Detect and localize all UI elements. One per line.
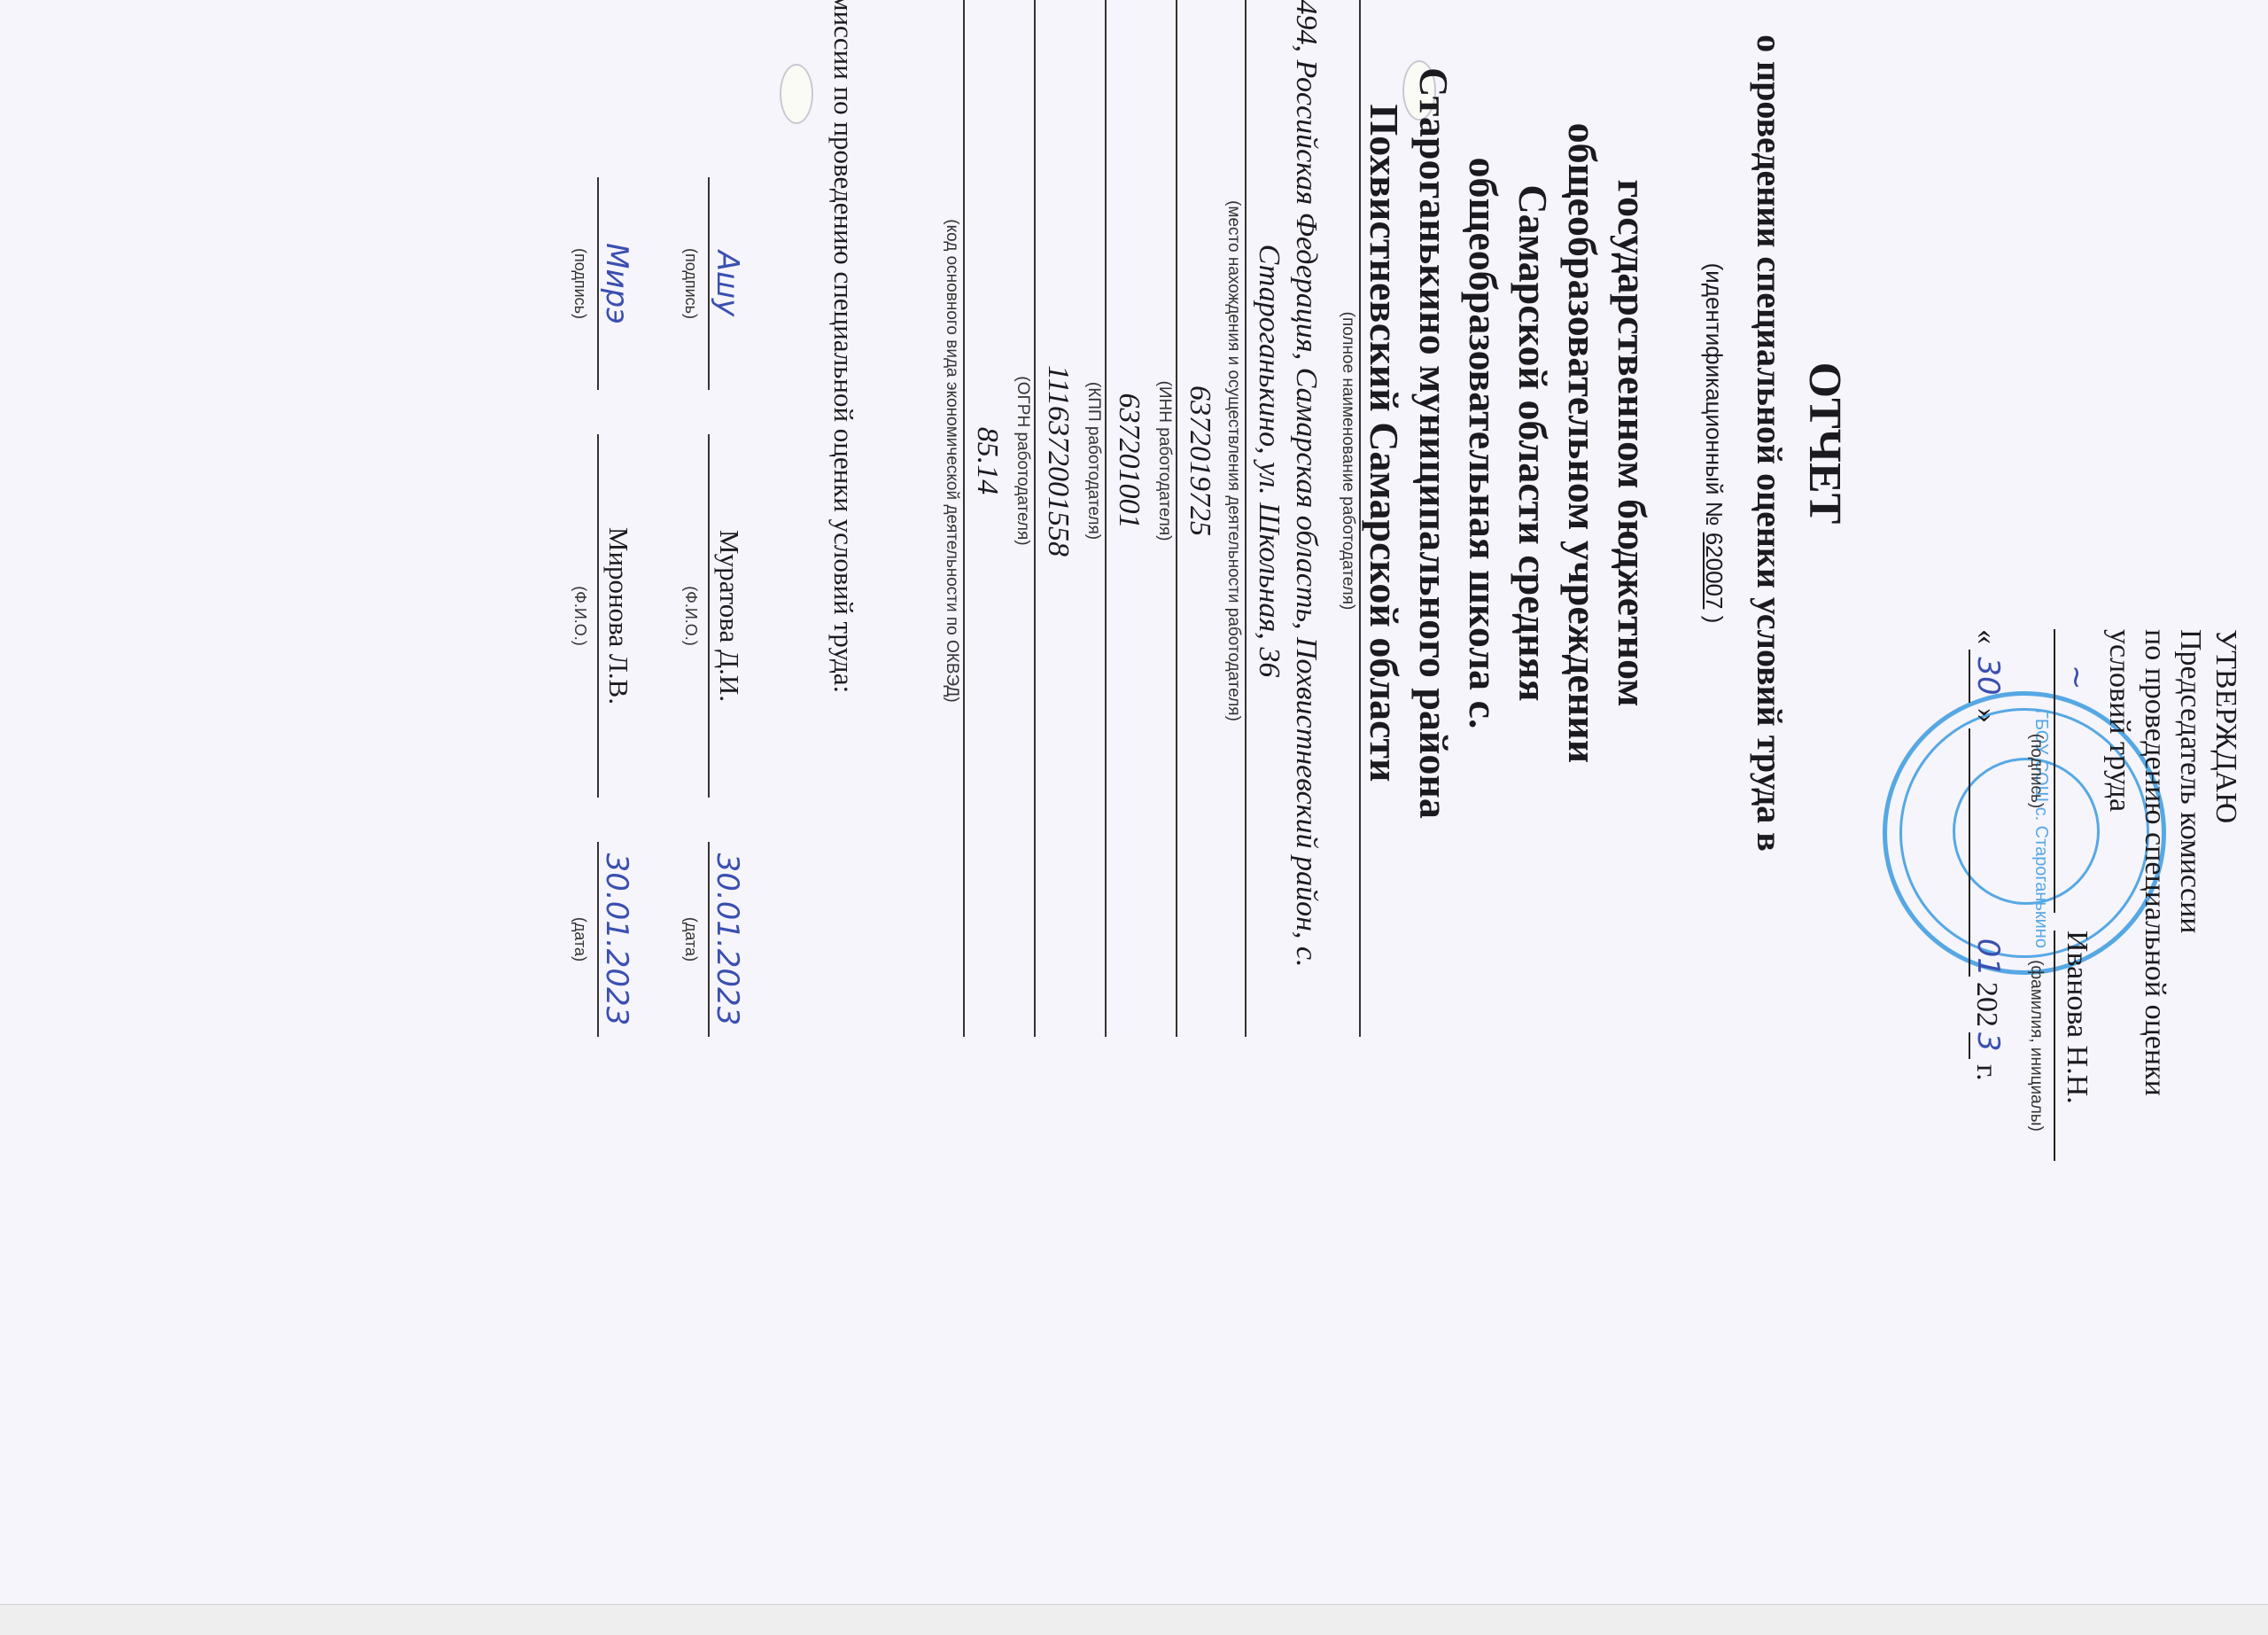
approval-block: УТВЕРЖДАЮ Председатель комиссии по прове… bbox=[1969, 629, 2243, 1161]
employer-line: общеобразовательном учреждении bbox=[1557, 0, 1607, 1055]
ogrn-caption: (ОГРН работодателя) bbox=[1013, 0, 1032, 1037]
employer-line: общеобразовательная школа с. bbox=[1458, 0, 1508, 1055]
scanner-edge bbox=[0, 1604, 2268, 1635]
approval-role-line: Председатель комиссии bbox=[2172, 629, 2208, 1161]
address-value: 446494, Российская Федерация, Самарская … bbox=[1250, 0, 1324, 1037]
kpp-value: 637201001 bbox=[1110, 0, 1147, 1037]
inn-caption: (ИНН работодателя) bbox=[1154, 0, 1174, 1037]
approval-year-suffix: г. bbox=[1969, 1064, 2004, 1081]
member-row: Мирэ (подпись) Миронова Л.В. (Ф.И.О.) 30… bbox=[571, 0, 655, 1037]
report-id-value: 620007 bbox=[1701, 533, 1728, 610]
employer-caption: (полное наименование работодателя) bbox=[1338, 0, 1357, 1037]
employer-name: государственном бюджетном общеобразовате… bbox=[1359, 0, 1657, 1055]
address-caption: (место нахождения и осуществления деятел… bbox=[1223, 0, 1243, 1037]
member-date: 30.01.2023 bbox=[597, 842, 634, 1037]
okved-caption: (код основного вида экономической деятел… bbox=[942, 0, 961, 1037]
chair-name: Иванова Н.Н. bbox=[2054, 930, 2094, 1161]
name-caption: (фамилия, инициалы) bbox=[2018, 930, 2054, 1161]
approval-role-line: по проведению специальной оценки bbox=[2137, 629, 2172, 1161]
employer-line: Похвистневский Самарской области bbox=[1359, 0, 1409, 1055]
signature-caption: (подпись) bbox=[571, 177, 589, 390]
okved-value: 85.14 bbox=[968, 0, 1006, 1037]
divider bbox=[1034, 0, 1036, 1037]
chair-signature: ~ bbox=[2059, 665, 2094, 690]
date-caption: (дата) bbox=[571, 842, 589, 1037]
report-page: ГБОУ СОШ с. Староганькино УТВЕРЖДАЮ Пред… bbox=[0, 0, 2268, 1258]
signature-caption: (подпись) bbox=[2018, 629, 2054, 913]
divider bbox=[1359, 0, 1361, 1037]
name-caption: (Ф.И.О.) bbox=[681, 434, 700, 798]
approval-day: 30 bbox=[1969, 650, 2006, 703]
ogrn-field: 1116372001558 (ОГРН работодателя) bbox=[1013, 0, 1076, 1037]
employer-name-caption-block: (полное наименование работодателя) bbox=[1338, 0, 1364, 1037]
divider bbox=[1176, 0, 1177, 1037]
name-caption: (Ф.И.О.) bbox=[571, 434, 589, 798]
member-row: Ашу (подпись) Муратова Д.И. (Ф.И.О.) 30.… bbox=[681, 0, 765, 1037]
member-signature: Мирэ bbox=[597, 177, 634, 390]
date-caption: (дата) bbox=[681, 842, 700, 1037]
report-title-block: ОТЧЕТ о проведении специальной оценки ус… bbox=[1687, 0, 1852, 1010]
approval-heading: УТВЕРЖДАЮ bbox=[2208, 629, 2243, 1161]
ogrn-value: 1116372001558 bbox=[1039, 0, 1076, 1037]
commission-members: Члены комиссии по проведению специальной… bbox=[571, 0, 859, 1037]
date-close-quote: » bbox=[1969, 708, 2004, 723]
kpp-field: 637201001 (КПП работодателя) bbox=[1084, 0, 1147, 1037]
member-name: Муратова Д.И. bbox=[708, 434, 745, 798]
inn-field: 6372019725 (ИНН работодателя) bbox=[1154, 0, 1218, 1037]
approval-year-digit: 3 bbox=[1969, 1032, 2006, 1059]
report-subtitle: о проведении специальной оценки условий … bbox=[1742, 0, 1797, 1010]
address-field: 446494, Российская Федерация, Самарская … bbox=[1223, 0, 1324, 1037]
approval-year-prefix: 202 bbox=[1969, 982, 2004, 1027]
divider bbox=[963, 0, 965, 1037]
report-id-close: ) bbox=[1701, 616, 1728, 624]
divider bbox=[1245, 0, 1247, 1037]
members-heading: Члены комиссии по проведению специальной… bbox=[827, 0, 859, 1037]
employer-line: государственном бюджетном bbox=[1607, 0, 1657, 1055]
employer-line: Самарской области средняя bbox=[1508, 0, 1557, 1055]
inn-value: 6372019725 bbox=[1181, 0, 1218, 1037]
employer-line: Староганькино муниципального района bbox=[1409, 0, 1458, 1055]
member-signature: Ашу bbox=[708, 177, 745, 390]
approval-role-line: условий труда bbox=[2101, 629, 2137, 1161]
signature-caption: (подпись) bbox=[681, 177, 700, 390]
report-title: ОТЧЕТ bbox=[1797, 0, 1852, 1010]
chair-signature-line: ~ bbox=[2054, 629, 2094, 913]
report-id-label: (идентификационный № bbox=[1701, 263, 1728, 526]
report-id: (идентификационный № 620007 ) bbox=[1687, 0, 1742, 1010]
approval-month: 01 bbox=[1969, 728, 2006, 977]
member-name: Миронова Л.В. bbox=[597, 434, 634, 798]
divider bbox=[1105, 0, 1107, 1037]
kpp-caption: (КПП работодателя) bbox=[1084, 0, 1103, 1037]
member-date: 30.01.2023 bbox=[708, 842, 745, 1037]
date-open-quote: « bbox=[1969, 629, 2004, 644]
okved-field: 85.14 (код основного вида экономической … bbox=[942, 0, 1006, 1037]
